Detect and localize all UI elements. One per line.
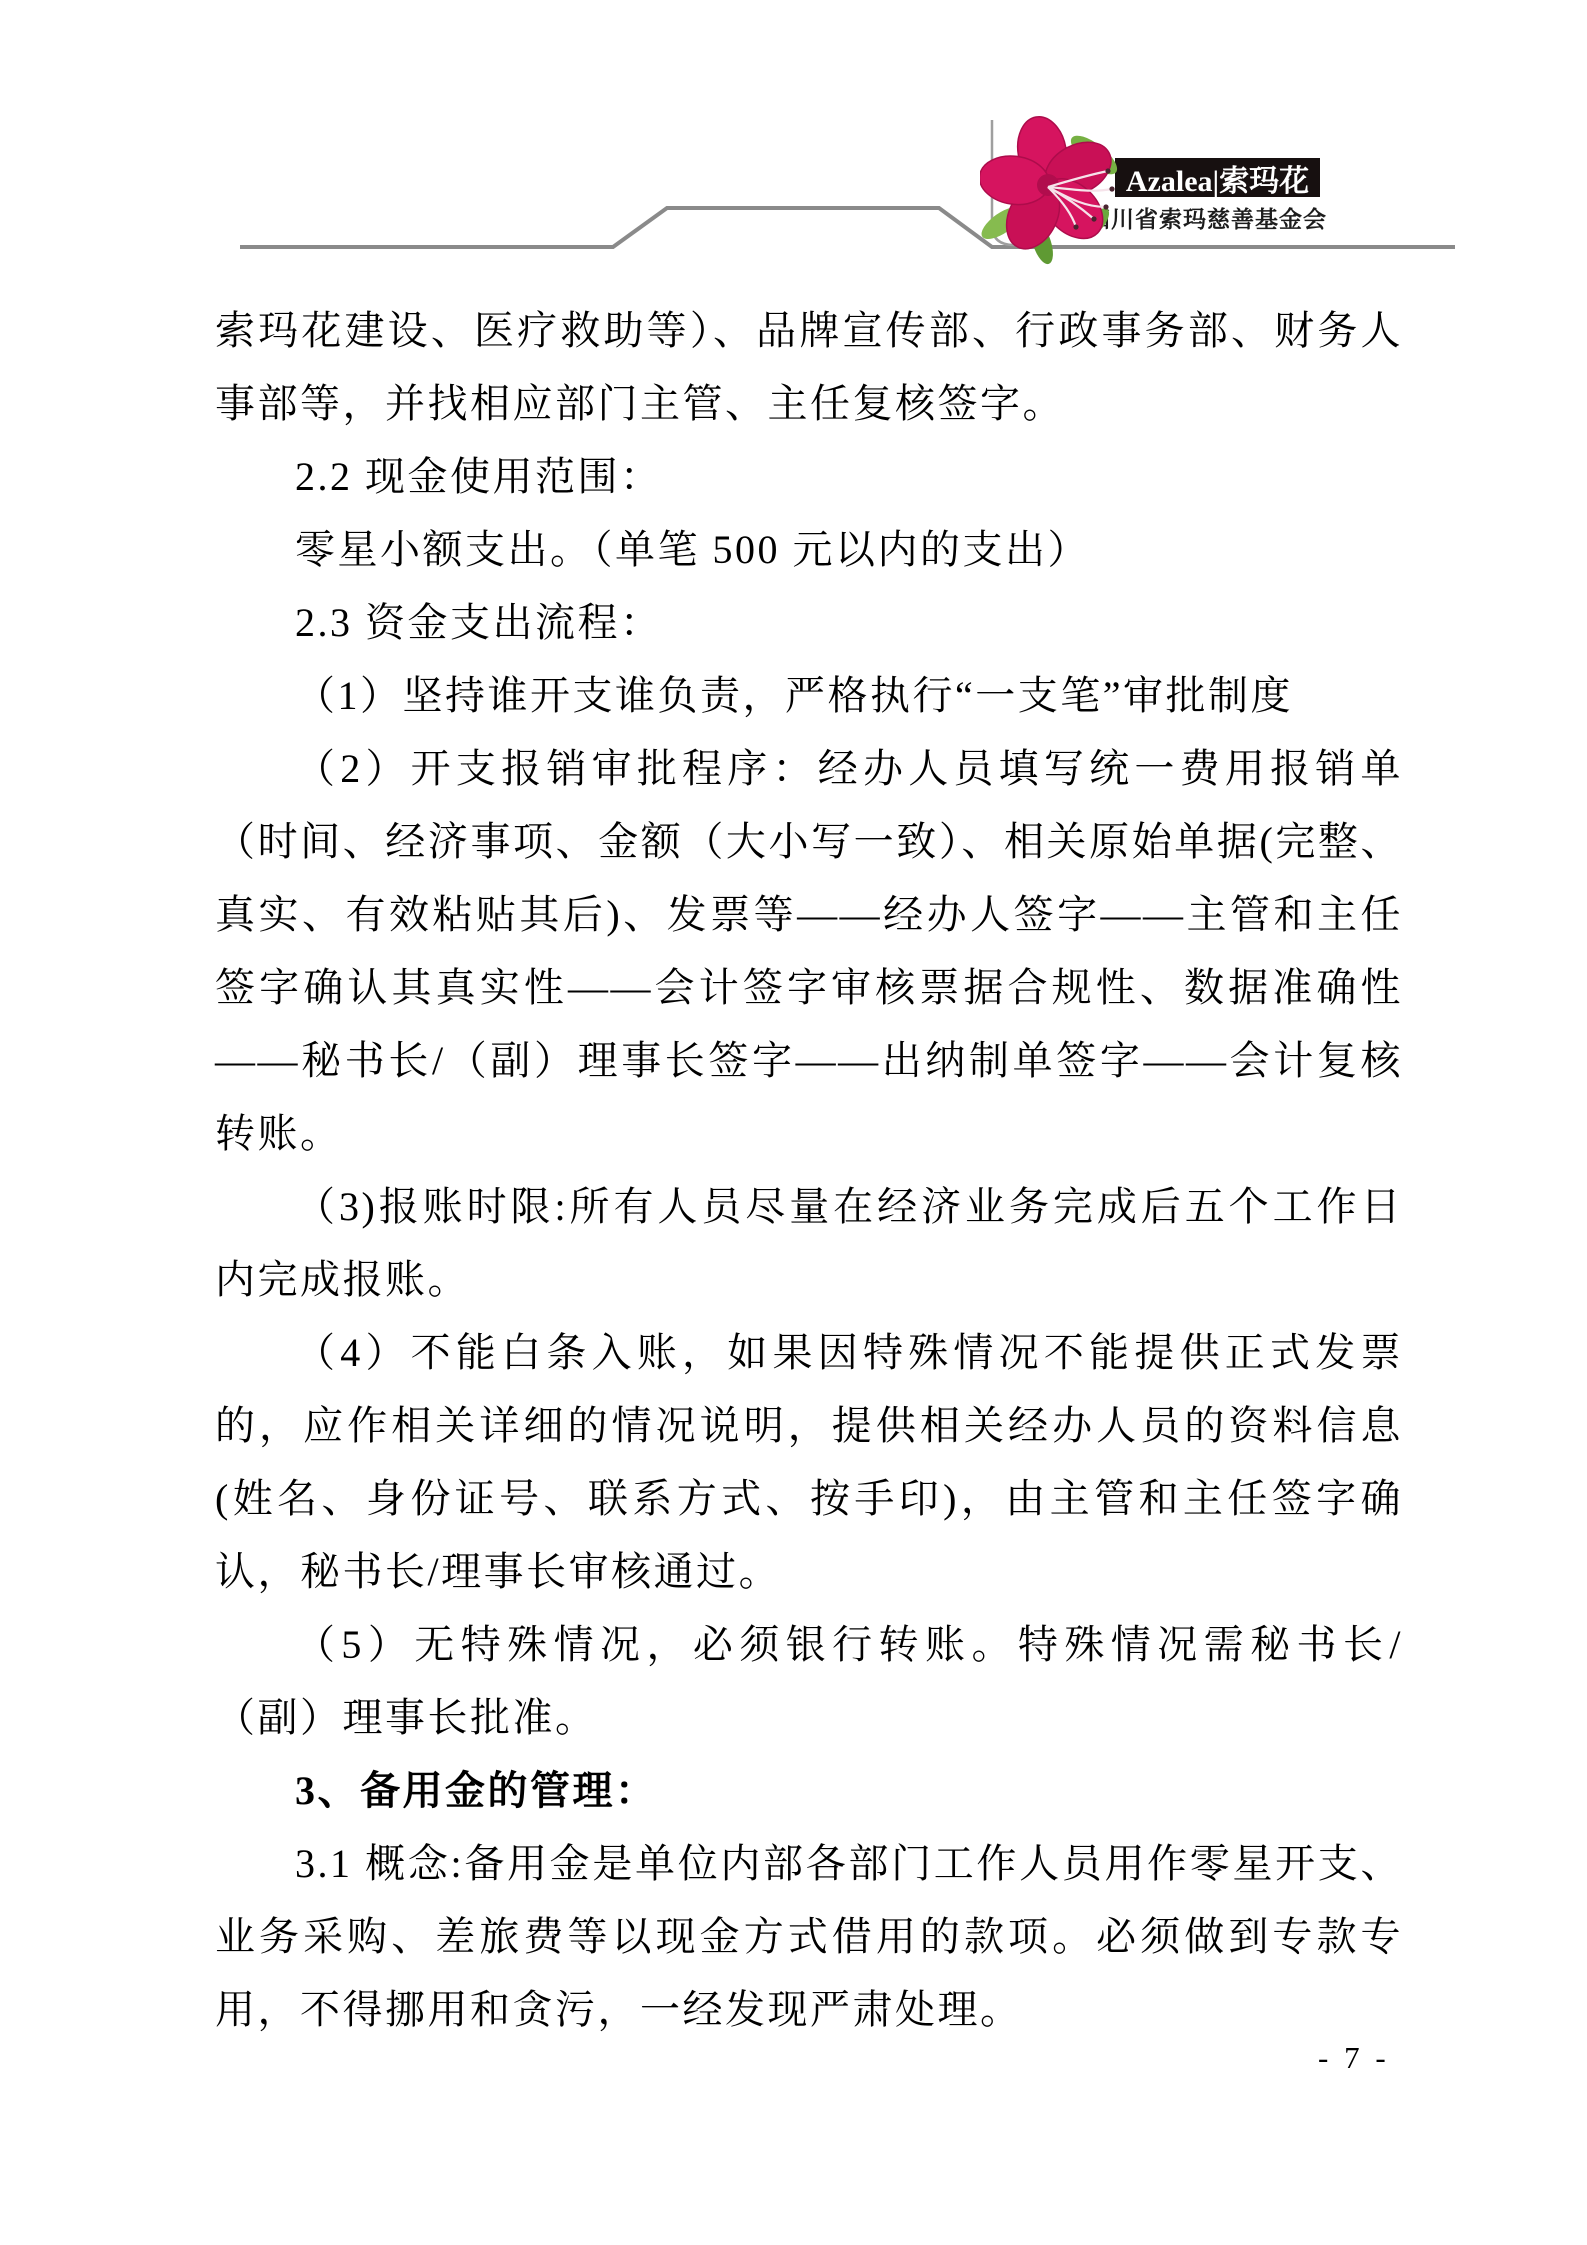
brand-banner-label: Azalea|索玛花 xyxy=(1126,156,1309,200)
flower-petals xyxy=(980,113,1120,258)
paragraph-2-3-heading: 2.3 资金支出流程： xyxy=(215,586,1403,659)
document-page: Azalea|索玛花 四川省索玛慈善基金会 xyxy=(0,0,1587,2245)
paragraph-item-5: （5）无特殊情况，必须银行转账。特殊情况需秘书长/（副）理事长批准。 xyxy=(215,1608,1403,1754)
header-decoration xyxy=(0,0,1587,300)
paragraph-item-2: （2）开支报销审批程序：经办人员填写统一费用报销单（时间、经济事项、金额（大小写… xyxy=(215,732,1403,1170)
paragraph-2-2-heading: 2.2 现金使用范围： xyxy=(215,440,1403,513)
paragraph-item-4: （4）不能白条入账，如果因特殊情况不能提供正式发票的，应作相关详细的情况说明，提… xyxy=(215,1316,1403,1608)
page-number: - 7 - xyxy=(1318,2040,1390,2076)
brand-banner: Azalea|索玛花 xyxy=(1115,158,1320,197)
paragraph-3-1-concept: 3.1 概念:备用金是单位内部各部门工作人员用作零星开支、业务采购、差旅费等以现… xyxy=(215,1827,1403,2046)
paragraph-3-heading: 3、备用金的管理： xyxy=(215,1754,1403,1827)
paragraph-cash-scope: 零星小额支出。（单笔 500 元以内的支出） xyxy=(215,513,1403,586)
paragraph-continued: 索玛花建设、医疗救助等）、品牌宣传部、行政事务部、财务人事部等，并找相应部门主管… xyxy=(215,294,1403,440)
paragraph-item-1: （1）坚持谁开支谁负责，严格执行“一支笔”审批制度 xyxy=(215,659,1403,732)
body-text-block: 索玛花建设、医疗救助等）、品牌宣传部、行政事务部、财务人事部等，并找相应部门主管… xyxy=(215,294,1403,2046)
paragraph-item-3: （3)报账时限:所有人员尽量在经济业务完成后五个工作日内完成报账。 xyxy=(215,1170,1403,1316)
azalea-flower-icon xyxy=(980,103,1132,265)
